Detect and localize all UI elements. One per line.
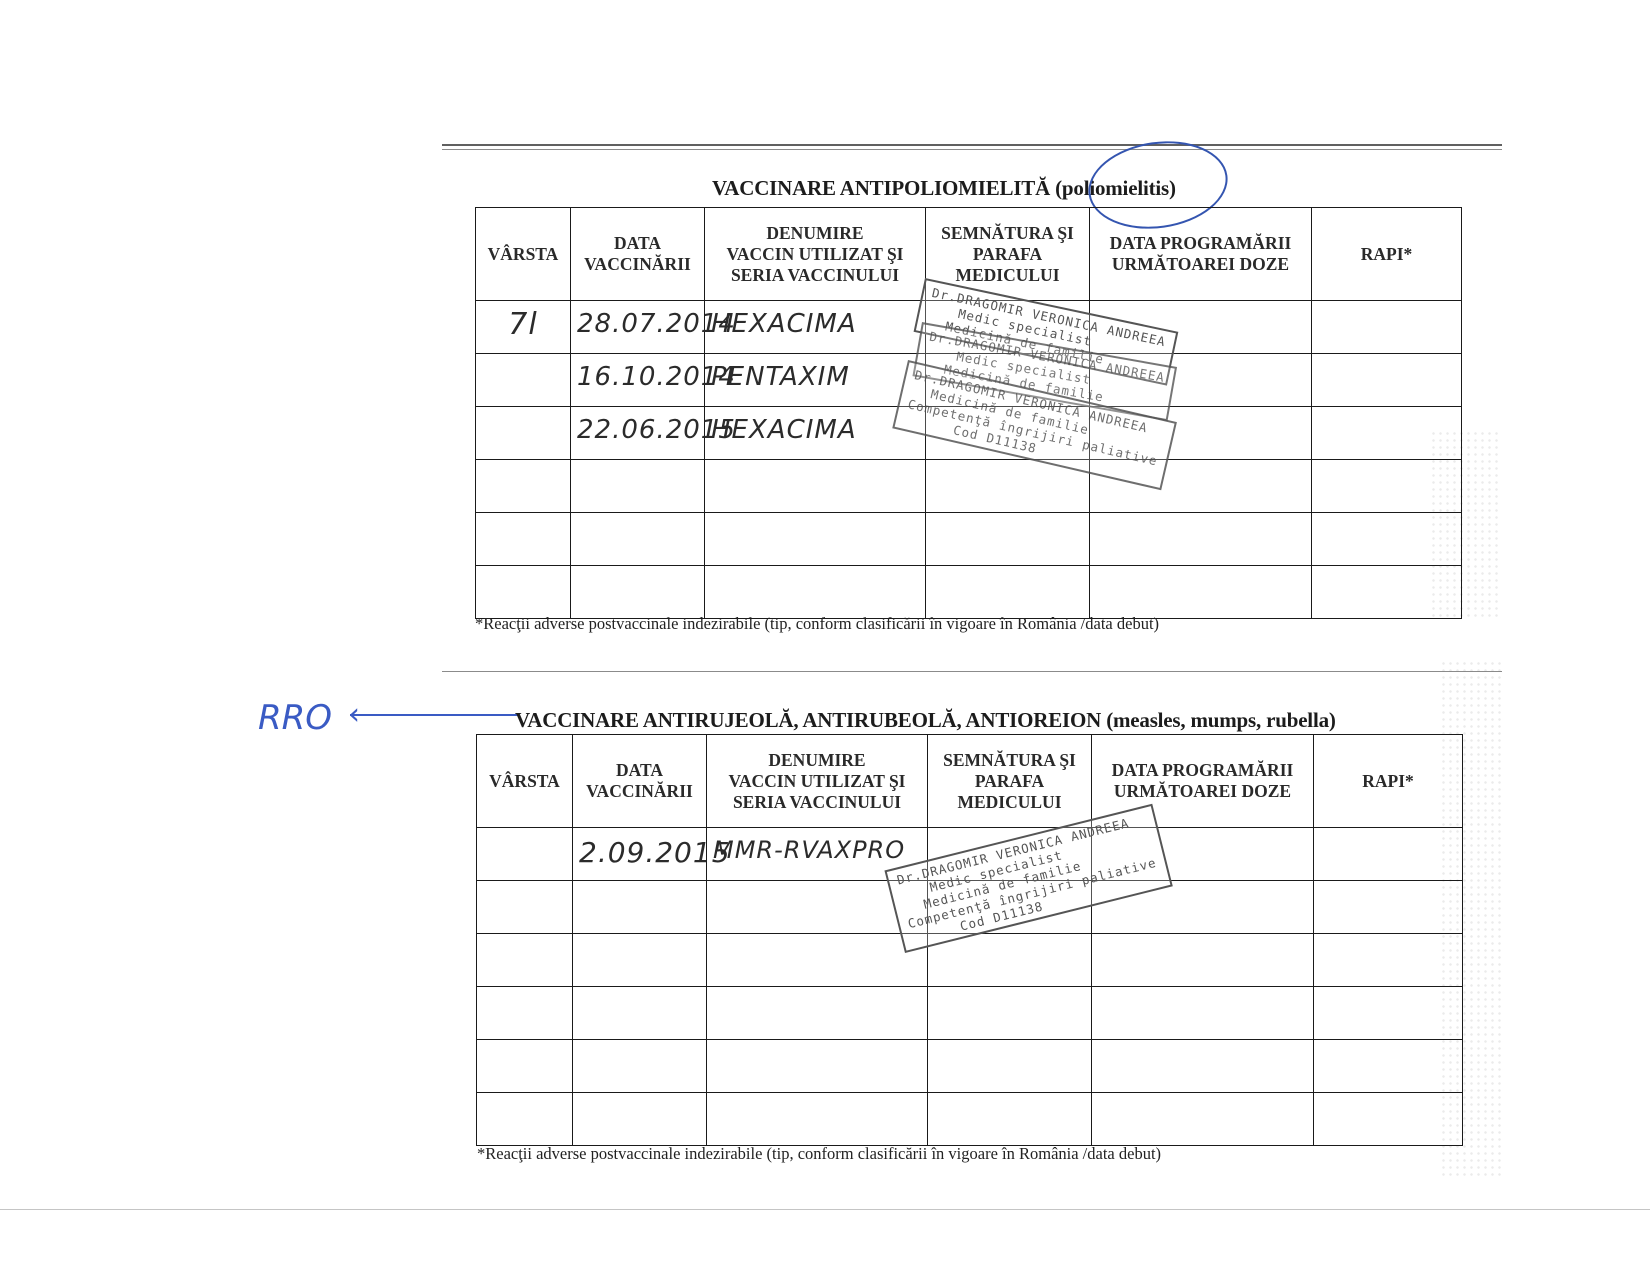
cell-signature xyxy=(928,987,1092,1040)
cell-vaccine xyxy=(705,460,926,513)
cell-vaccine: HEXACIMA xyxy=(705,301,926,354)
mmr-section-title: VACCINARE ANTIRUJEOLĂ, ANTIRUBEOLĂ, ANTI… xyxy=(515,708,1336,733)
cell-date xyxy=(573,881,707,934)
cell-age xyxy=(477,1040,573,1093)
mmr-footnote: *Reacţii adverse postvaccinale indezirab… xyxy=(477,1144,1161,1164)
cell-next-dose xyxy=(1092,1093,1314,1146)
header-rapi: RAPI* xyxy=(1314,735,1463,828)
mmr-header-row: VÂRSTA DATA VACCINĂRII DENUMIRE VACCIN U… xyxy=(477,735,1463,828)
cell-rapi xyxy=(1314,1093,1463,1146)
cell-age xyxy=(477,881,573,934)
cell-rapi xyxy=(1312,407,1462,460)
cell-date xyxy=(573,1093,707,1146)
cell-date: 2.09.2015 xyxy=(573,828,707,881)
section-divider xyxy=(442,671,1502,672)
table-row xyxy=(476,566,1462,619)
cell-age xyxy=(477,1093,573,1146)
header-age: VÂRSTA xyxy=(476,208,571,301)
table-row xyxy=(476,513,1462,566)
cell-signature xyxy=(926,513,1090,566)
margin-arrow-icon xyxy=(350,714,518,716)
cell-age xyxy=(477,934,573,987)
cell-rapi xyxy=(1314,1040,1463,1093)
header-age: VÂRSTA xyxy=(477,735,573,828)
cell-next-dose xyxy=(1090,513,1312,566)
cell-rapi xyxy=(1314,934,1463,987)
bottom-scan-edge xyxy=(0,1209,1650,1210)
cell-date: 22.06.2015 xyxy=(571,407,705,460)
cell-rapi xyxy=(1312,566,1462,619)
header-next-dose-date: DATA PROGRAMĂRII URMĂTOAREI DOZE xyxy=(1090,208,1312,301)
cell-rapi xyxy=(1314,987,1463,1040)
mmr-title-text: VACCINARE ANTIRUJEOLĂ, ANTIRUBEOLĂ, ANTI… xyxy=(515,708,1101,732)
cell-age xyxy=(477,987,573,1040)
table-row xyxy=(477,1040,1463,1093)
cell-signature xyxy=(928,1040,1092,1093)
cell-date xyxy=(573,1040,707,1093)
cell-vaccine: HEXACIMA xyxy=(705,407,926,460)
cell-signature xyxy=(928,934,1092,987)
cell-age xyxy=(476,354,571,407)
header-vaccine-name: DENUMIRE VACCIN UTILIZAT ŞI SERIA VACCIN… xyxy=(707,735,928,828)
cell-rapi xyxy=(1314,881,1463,934)
header-rapi: RAPI* xyxy=(1312,208,1462,301)
cell-signature xyxy=(926,566,1090,619)
header-signature: SEMNĂTURA ŞI PARAFA MEDICULUI xyxy=(928,735,1092,828)
cell-vaccine: PENTAXIM xyxy=(705,354,926,407)
cell-next-dose xyxy=(1092,1040,1314,1093)
cell-age xyxy=(476,513,571,566)
header-vaccination-date: DATA VACCINĂRII xyxy=(571,208,705,301)
cell-vaccine xyxy=(707,934,928,987)
cell-date: 28.07.2014 xyxy=(571,301,705,354)
arrow-head-icon: ‹ xyxy=(348,697,360,732)
table-row xyxy=(477,1093,1463,1146)
cell-next-dose xyxy=(1090,566,1312,619)
table-row xyxy=(477,934,1463,987)
cell-vaccine xyxy=(707,1040,928,1093)
cell-date: 16.10.2014 xyxy=(571,354,705,407)
margin-note-rro: RRO xyxy=(258,698,332,738)
cell-rapi xyxy=(1314,828,1463,881)
table-row xyxy=(477,987,1463,1040)
polio-footnote: *Reacţii adverse postvaccinale indezirab… xyxy=(475,614,1159,634)
cell-date xyxy=(571,566,705,619)
mmr-vaccination-table: VÂRSTA DATA VACCINĂRII DENUMIRE VACCIN U… xyxy=(476,734,1463,1146)
mmr-title-paren: (measles, mumps, rubella) xyxy=(1106,708,1336,732)
table-row xyxy=(476,460,1462,513)
cell-age xyxy=(477,828,573,881)
cell-vaccine xyxy=(705,566,926,619)
top-page-rule xyxy=(442,144,1502,146)
cell-rapi xyxy=(1312,460,1462,513)
cell-date xyxy=(573,987,707,1040)
cell-rapi xyxy=(1312,513,1462,566)
cell-age xyxy=(476,460,571,513)
cell-date xyxy=(573,934,707,987)
cell-age: 7l xyxy=(476,301,571,354)
polio-title-text: VACCINARE ANTIPOLIOMIELITĂ xyxy=(712,176,1050,200)
cell-age xyxy=(476,566,571,619)
header-vaccination-date: DATA VACCINĂRII xyxy=(573,735,707,828)
cell-rapi xyxy=(1312,301,1462,354)
cell-date xyxy=(571,460,705,513)
cell-next-dose xyxy=(1092,934,1314,987)
cell-rapi xyxy=(1312,354,1462,407)
cell-vaccine xyxy=(705,513,926,566)
cell-date xyxy=(571,513,705,566)
header-vaccine-name: DENUMIRE VACCIN UTILIZAT ŞI SERIA VACCIN… xyxy=(705,208,926,301)
cell-next-dose xyxy=(1092,987,1314,1040)
top-page-rule-shadow xyxy=(442,149,1502,150)
cell-vaccine xyxy=(707,1093,928,1146)
cell-signature xyxy=(928,1093,1092,1146)
cell-vaccine xyxy=(707,987,928,1040)
cell-age xyxy=(476,407,571,460)
